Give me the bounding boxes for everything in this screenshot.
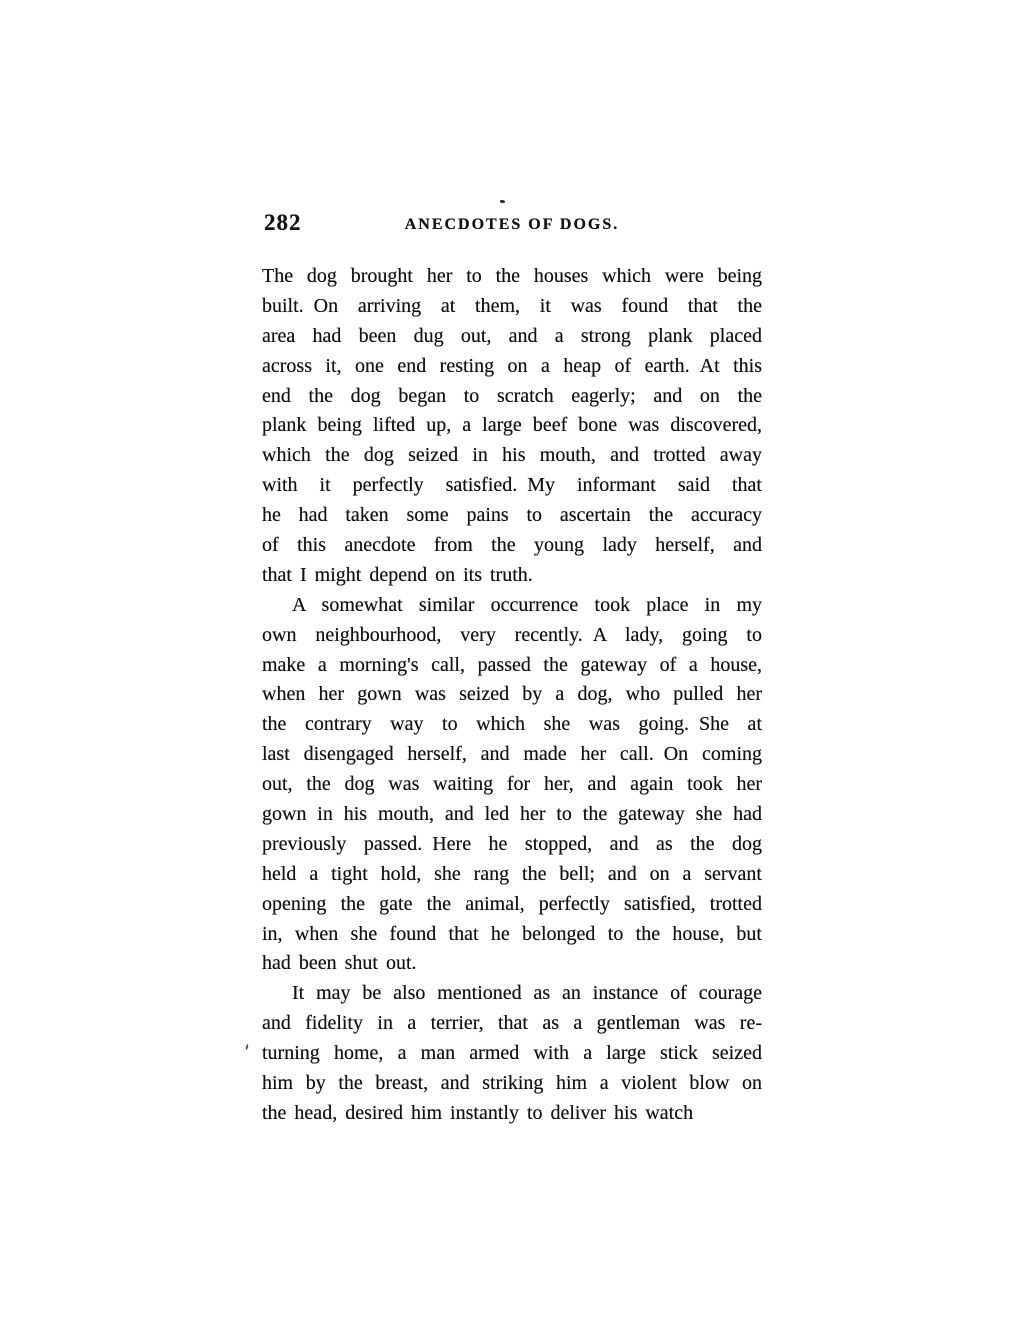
text-line: he had taken some pains to ascertain the… — [262, 501, 762, 531]
text-line: previously passed. Here he stopped, and … — [262, 830, 762, 860]
text-line: the contrary way to which she was going.… — [262, 710, 762, 740]
scan-speck-left — [245, 1044, 248, 1050]
text-line: The dog brought her to the houses which … — [262, 262, 762, 292]
text-line: in, when she found that he belonged to t… — [262, 920, 762, 950]
text-line: end the dog began to scratch eagerly; an… — [262, 382, 762, 412]
text-line: out, the dog was waiting for her, and ag… — [262, 770, 762, 800]
text-line: It may be also mentioned as an instance … — [262, 979, 762, 1009]
text-line: A somewhat similar occurrence took place… — [262, 591, 762, 621]
text-line: opening the gate the animal, perfectly s… — [262, 890, 762, 920]
text-line: of this anecdote from the young lady her… — [262, 531, 762, 561]
body-text: The dog brought her to the houses which … — [262, 262, 762, 1129]
text-line: area had been dug out, and a strong plan… — [262, 322, 762, 352]
text-line: plank being lifted up, a large beef bone… — [262, 411, 762, 441]
text-line: that I might depend on its truth. — [262, 561, 762, 591]
text-line: gown in his mouth, and led her to the ga… — [262, 800, 762, 830]
text-line: across it, one end resting on a heap of … — [262, 352, 762, 382]
text-line: which the dog seized in his mouth, and t… — [262, 441, 762, 471]
text-line: built. On arriving at them, it was found… — [262, 292, 762, 322]
running-title: ANECDOTES OF DOGS. — [262, 217, 762, 233]
text-line: last disengaged herself, and made her ca… — [262, 740, 762, 770]
text-line: turning home, a man armed with a large s… — [262, 1039, 762, 1069]
text-line: the head, desired him instantly to deliv… — [262, 1099, 762, 1129]
scan-speck-top — [500, 200, 505, 203]
book-page: 282 ANECDOTES OF DOGS. The dog brought h… — [0, 0, 1033, 1339]
text-line: make a morning's call, passed the gatewa… — [262, 651, 762, 681]
text-line: with it perfectly satisfied. My informan… — [262, 471, 762, 501]
text-line: held a tight hold, she rang the bell; an… — [262, 860, 762, 890]
text-line: and fidelity in a terrier, that as a gen… — [262, 1009, 762, 1039]
text-line: had been shut out. — [262, 949, 762, 979]
text-line: him by the breast, and striking him a vi… — [262, 1069, 762, 1099]
page-header: 282 ANECDOTES OF DOGS. — [262, 204, 762, 234]
text-line: own neighbourhood, very recently. A lady… — [262, 621, 762, 651]
text-line: when her gown was seized by a dog, who p… — [262, 680, 762, 710]
